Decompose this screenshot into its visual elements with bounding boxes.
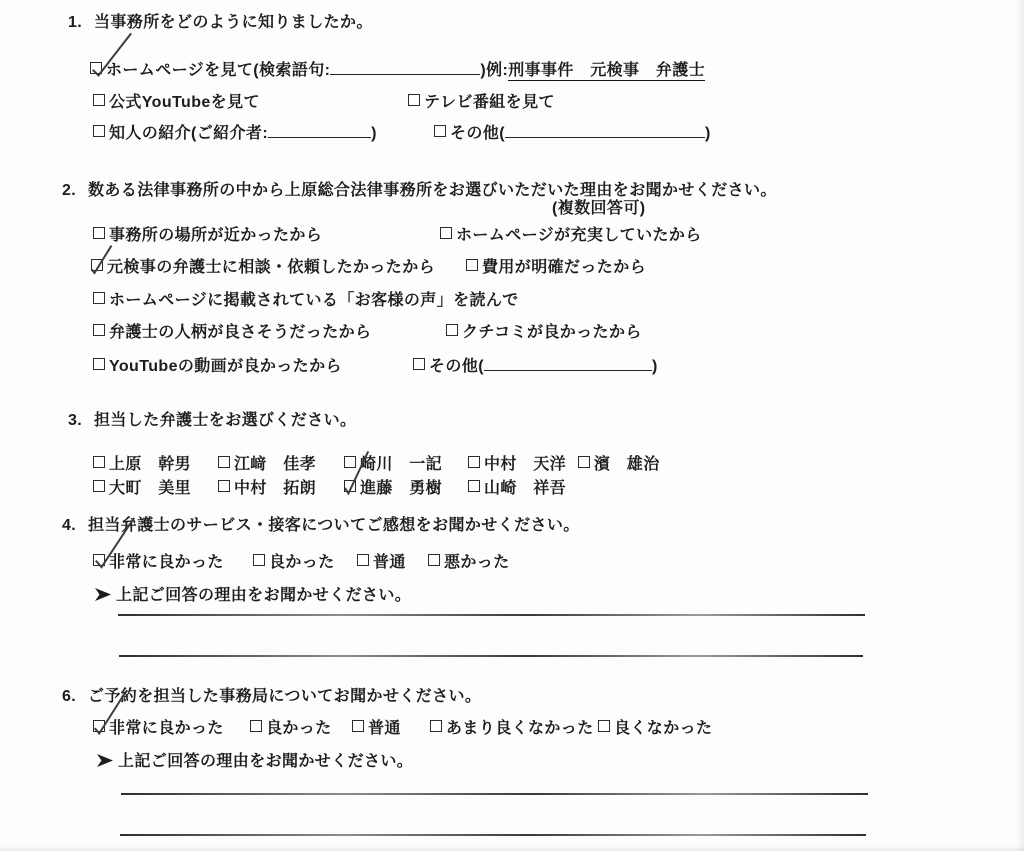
q1-referrer-blank-field[interactable] bbox=[268, 125, 371, 138]
q3-nakamura-t-checkbox[interactable] bbox=[468, 456, 480, 468]
q6-reason-row: 上記ご回答の理由をお聞かせください。 bbox=[97, 752, 413, 772]
q3-lawyer-nakamura-h: 中村 拓朗 bbox=[218, 479, 316, 499]
q6-not-good-checkbox[interactable] bbox=[598, 720, 610, 732]
q6-excellent-label: 非常に良かった bbox=[109, 720, 224, 737]
q3-ezaki-checkbox[interactable] bbox=[218, 456, 230, 468]
q1-youtube-label: 公式YouTubeを見て bbox=[109, 94, 260, 111]
question-4-number: 4. bbox=[62, 516, 80, 536]
q3-omachi-label: 大町 美里 bbox=[109, 480, 191, 497]
q2-location-option: 事務所の場所が近かったから bbox=[93, 226, 322, 246]
question-1-number: 1. bbox=[68, 13, 86, 33]
q6-normal-checkbox[interactable] bbox=[352, 720, 364, 732]
q1-search-term-blank-field[interactable] bbox=[330, 62, 480, 75]
q6-normal-label: 普通 bbox=[368, 720, 401, 737]
q2-other-checkbox[interactable] bbox=[413, 358, 425, 370]
q2-customer-voices-label: ホームページに掲載されている「お客様の声」を読んで bbox=[109, 292, 519, 309]
q2-location-checkbox[interactable] bbox=[93, 227, 105, 239]
arrow-icon bbox=[95, 587, 111, 602]
q1-homepage-label-post: )例: bbox=[480, 62, 508, 79]
question-4-text: 担当弁護士のサービス・接客についてご感想をお聞かせください。 bbox=[88, 516, 580, 536]
q6-option-not-good: 良くなかった bbox=[598, 719, 712, 739]
q4-excellent-label: 非常に良かった bbox=[109, 554, 224, 571]
q6-answer-line-2[interactable] bbox=[120, 834, 866, 836]
q4-normal-label: 普通 bbox=[373, 554, 406, 571]
q4-bad-checkbox[interactable] bbox=[428, 554, 440, 566]
q6-reason-prompt: 上記ご回答の理由をお聞かせください。 bbox=[118, 753, 413, 770]
q2-word-of-mouth-option: クチコミが良かったから bbox=[446, 323, 642, 343]
q3-lawyer-yamazaki: 山崎 祥吾 bbox=[468, 479, 566, 499]
q4-option-normal: 普通 bbox=[357, 553, 406, 573]
q1-referral-checkbox[interactable] bbox=[93, 125, 105, 137]
q2-word-of-mouth-checkbox[interactable] bbox=[446, 324, 458, 336]
q2-personality-label: 弁護士の人柄が良さそうだったから bbox=[109, 324, 371, 341]
q1-tv-label: テレビ番組を見て bbox=[424, 94, 555, 111]
q3-lawyer-ezaki: 江﨑 佳孝 bbox=[218, 455, 316, 475]
scan-edge-bottom bbox=[0, 846, 1024, 851]
q4-excellent-checkbox[interactable] bbox=[93, 554, 105, 566]
q4-bad-label: 悪かった bbox=[444, 554, 510, 571]
q2-customer-voices-checkbox[interactable] bbox=[93, 292, 105, 304]
question-4-title: 4. 担当弁護士のサービス・接客についてご感想をお聞かせください。 bbox=[62, 516, 580, 536]
q2-former-prosecutor-label: 元検事の弁護士に相談・依頼したかったから bbox=[107, 259, 435, 276]
q2-other-option: その他() bbox=[413, 357, 658, 377]
q2-other-blank-field[interactable] bbox=[484, 358, 652, 371]
question-2-number: 2. bbox=[62, 181, 80, 201]
survey-form-page: 1. 当事務所をどのように知りましたか。 ホームページを見て(検索語句:)例:刑… bbox=[0, 0, 1024, 851]
q4-option-bad: 悪かった bbox=[428, 553, 510, 573]
q1-homepage-example: 刑事事件 元検事 弁護士 bbox=[508, 62, 705, 81]
arrow-icon bbox=[97, 753, 113, 768]
q2-clear-fees-option: 費用が明確だったから bbox=[466, 258, 646, 278]
q2-personality-checkbox[interactable] bbox=[93, 324, 105, 336]
q1-homepage-label-pre: ホームページを見て(検索語句: bbox=[106, 62, 330, 79]
q4-answer-line-1[interactable] bbox=[118, 614, 865, 616]
q6-not-good-label: 良くなかった bbox=[614, 720, 712, 737]
q6-answer-line-1[interactable] bbox=[121, 793, 868, 795]
q4-option-excellent: 非常に良かった bbox=[93, 553, 224, 573]
q2-homepage-rich-label: ホームページが充実していたから bbox=[456, 227, 702, 244]
q2-location-label: 事務所の場所が近かったから bbox=[109, 227, 322, 244]
multi-answer-note: (複数回答可) bbox=[552, 199, 645, 219]
q2-homepage-rich-option: ホームページが充実していたから bbox=[440, 226, 702, 246]
q3-omachi-checkbox[interactable] bbox=[93, 480, 105, 492]
q3-shindo-label: 進藤 勇樹 bbox=[360, 480, 442, 497]
q3-yamazaki-checkbox[interactable] bbox=[468, 480, 480, 492]
q3-ezaki-label: 江﨑 佳孝 bbox=[234, 456, 316, 473]
q1-youtube-checkbox[interactable] bbox=[93, 94, 105, 106]
q1-youtube-option: 公式YouTubeを見て bbox=[93, 93, 260, 113]
q2-youtube-videos-checkbox[interactable] bbox=[93, 358, 105, 370]
q3-lawyer-uehara: 上原 幹男 bbox=[93, 455, 191, 475]
q3-lawyer-hama: 濱 雄治 bbox=[578, 455, 660, 475]
q6-option-good: 良かった bbox=[250, 719, 332, 739]
q2-youtube-videos-option: YouTubeの動画が良かったから bbox=[93, 357, 342, 377]
question-3-title: 3. 担当した弁護士をお選びください。 bbox=[68, 411, 356, 431]
q3-lawyer-omachi: 大町 美里 bbox=[93, 479, 191, 499]
q1-other-label-pre: その他( bbox=[450, 125, 505, 142]
q3-lawyer-nakamura-t: 中村 天洋 bbox=[468, 455, 566, 475]
q3-yamazaki-label: 山崎 祥吾 bbox=[484, 480, 566, 497]
q3-sakigawa-label: 崎川 一記 bbox=[360, 456, 442, 473]
q4-good-label: 良かった bbox=[269, 554, 335, 571]
q3-shindo-checkbox[interactable] bbox=[344, 480, 356, 492]
q2-other-label-pre: その他( bbox=[429, 358, 484, 375]
q2-clear-fees-checkbox[interactable] bbox=[466, 259, 478, 271]
q3-uehara-label: 上原 幹男 bbox=[109, 456, 191, 473]
q1-homepage-checkbox[interactable] bbox=[90, 62, 102, 74]
q3-lawyer-sakigawa: 崎川 一記 bbox=[344, 455, 442, 475]
q2-former-prosecutor-checkbox[interactable] bbox=[91, 259, 103, 271]
q6-not-so-good-checkbox[interactable] bbox=[430, 720, 442, 732]
q2-youtube-videos-label: YouTubeの動画が良かったから bbox=[109, 358, 342, 375]
q3-hama-checkbox[interactable] bbox=[578, 456, 590, 468]
q6-option-not-so-good: あまり良くなかった bbox=[430, 719, 594, 739]
q1-tv-option: テレビ番組を見て bbox=[408, 93, 555, 113]
question-1-title: 1. 当事務所をどのように知りましたか。 bbox=[68, 13, 373, 33]
question-2-text: 数ある法律事務所の中から上原総合法律事務所をお選びいただいた理由をお聞かせくださ… bbox=[88, 181, 777, 201]
q3-nakamura-h-checkbox[interactable] bbox=[218, 480, 230, 492]
question-3-number: 3. bbox=[68, 411, 86, 431]
q6-good-label: 良かった bbox=[266, 720, 332, 737]
q4-option-good: 良かった bbox=[253, 553, 335, 573]
q3-nakamura-t-label: 中村 天洋 bbox=[484, 456, 566, 473]
scan-edge-right bbox=[1015, 0, 1024, 851]
q2-other-label-post: ) bbox=[652, 358, 658, 375]
q1-tv-checkbox[interactable] bbox=[408, 94, 420, 106]
q6-option-excellent: 非常に良かった bbox=[93, 719, 224, 739]
q4-normal-checkbox[interactable] bbox=[357, 554, 369, 566]
q1-other-checkbox[interactable] bbox=[434, 125, 446, 137]
question-6-text: ご予約を担当した事務局についてお聞かせください。 bbox=[88, 687, 481, 707]
q2-customer-voices-option: ホームページに掲載されている「お客様の声」を読んで bbox=[93, 291, 519, 311]
question-2-title: 2. 数ある法律事務所の中から上原総合法律事務所をお選びいただいた理由をお聞かせ… bbox=[62, 181, 777, 201]
question-6-title: 6. ご予約を担当した事務局についてお聞かせください。 bbox=[62, 687, 481, 707]
q4-reason-prompt: 上記ご回答の理由をお聞かせください。 bbox=[116, 587, 411, 604]
q2-personality-option: 弁護士の人柄が良さそうだったから bbox=[93, 323, 371, 343]
q1-other-label-post: ) bbox=[705, 125, 711, 142]
q4-answer-line-2[interactable] bbox=[119, 655, 863, 657]
q1-referral-label-pre: 知人の紹介(ご紹介者: bbox=[109, 125, 268, 142]
question-6-number: 6. bbox=[62, 687, 80, 707]
q2-homepage-rich-checkbox[interactable] bbox=[440, 227, 452, 239]
q3-nakamura-h-label: 中村 拓朗 bbox=[234, 480, 316, 497]
q3-sakigawa-checkbox[interactable] bbox=[344, 456, 356, 468]
question-3-text: 担当した弁護士をお選びください。 bbox=[94, 411, 356, 431]
question-1-text: 当事務所をどのように知りましたか。 bbox=[94, 13, 373, 33]
q1-other-option: その他() bbox=[434, 124, 711, 144]
q2-word-of-mouth-label: クチコミが良かったから bbox=[462, 324, 642, 341]
q1-referral-label-post: ) bbox=[371, 125, 377, 142]
q1-homepage-option: ホームページを見て(検索語句:)例:刑事事件 元検事 弁護士 bbox=[90, 61, 705, 81]
q3-lawyer-shindo: 進藤 勇樹 bbox=[344, 479, 442, 499]
q2-clear-fees-label: 費用が明確だったから bbox=[482, 259, 646, 276]
q2-former-prosecutor-option: 元検事の弁護士に相談・依頼したかったから bbox=[91, 258, 435, 278]
q6-good-checkbox[interactable] bbox=[250, 720, 262, 732]
q3-hama-label: 濱 雄治 bbox=[594, 456, 660, 473]
q6-option-normal: 普通 bbox=[352, 719, 401, 739]
q4-good-checkbox[interactable] bbox=[253, 554, 265, 566]
q3-uehara-checkbox[interactable] bbox=[93, 456, 105, 468]
q1-other-blank-field[interactable] bbox=[505, 125, 705, 138]
q4-reason-row: 上記ご回答の理由をお聞かせください。 bbox=[95, 586, 411, 606]
q1-referral-option: 知人の紹介(ご紹介者:) bbox=[93, 124, 377, 144]
q6-excellent-checkbox[interactable] bbox=[93, 720, 105, 732]
q6-not-so-good-label: あまり良くなかった bbox=[446, 720, 594, 737]
